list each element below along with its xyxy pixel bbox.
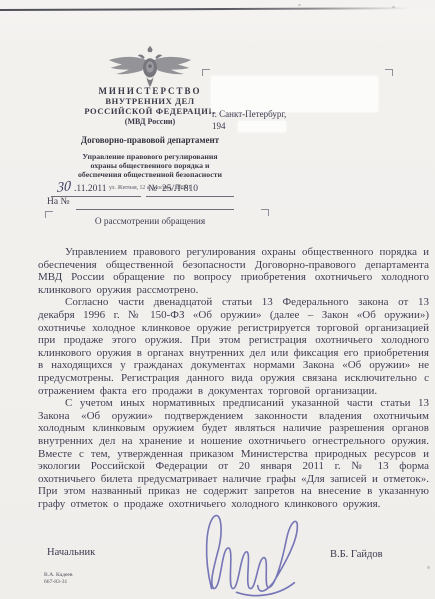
letter-body: Управлением правового регулирования охра… xyxy=(38,246,429,510)
executor-info: В.А. Кадеев 667-83-31 xyxy=(44,572,73,585)
handwritten-day: 30 xyxy=(57,179,71,197)
corner-mark-top-left xyxy=(202,69,210,76)
corner-mark-top-right xyxy=(385,69,393,76)
reply-underline xyxy=(76,209,234,210)
signer-name: В.Б. Гайдов xyxy=(330,549,383,560)
body-paragraph-1: Управлением правового регулирования охра… xyxy=(38,246,429,296)
reply-to-label: На № xyxy=(47,197,70,207)
scanned-letter-page: МИНИСТЕРСТВО ВНУТРЕННИХ ДЕЛ РОССИЙСКОЙ Ф… xyxy=(0,0,435,599)
corner-mark-subject-right xyxy=(261,209,269,216)
body-paragraph-2: Согласно части двенадцатой статьи 13 Фед… xyxy=(38,296,429,397)
body-paragraph-3: С учетом иных нормативных предписаний ук… xyxy=(38,397,429,510)
division-name: Управление правового регулирования охран… xyxy=(40,153,260,179)
scan-speck xyxy=(427,566,430,569)
number-sign: № xyxy=(148,184,157,194)
division-line3: обеспечения общественной безопасности xyxy=(40,171,260,180)
addressee-postal: 194 xyxy=(212,121,226,131)
signer-title: Начальник xyxy=(47,547,95,558)
corner-mark-subject-left xyxy=(45,211,53,218)
executor-name: В.А. Кадеев xyxy=(44,572,73,579)
letter-date: .11.2011 xyxy=(74,184,107,194)
executor-phone: 667-83-31 xyxy=(44,579,73,586)
subject-line: О рассмотрении обращения xyxy=(55,217,245,227)
outgoing-number: 25/Л-810 xyxy=(162,184,198,194)
department-name: Договорно-правовой департамент xyxy=(40,135,260,145)
number-underline xyxy=(146,196,234,197)
scan-speck xyxy=(392,6,395,8)
handwritten-signature-icon xyxy=(198,498,304,598)
mvd-double-headed-eagle-icon xyxy=(103,46,197,88)
scan-speck xyxy=(298,4,301,6)
addressee-city: г. Санкт-Петербург, xyxy=(212,109,286,119)
redaction-box xyxy=(211,76,378,112)
redaction-box-small xyxy=(238,121,286,132)
